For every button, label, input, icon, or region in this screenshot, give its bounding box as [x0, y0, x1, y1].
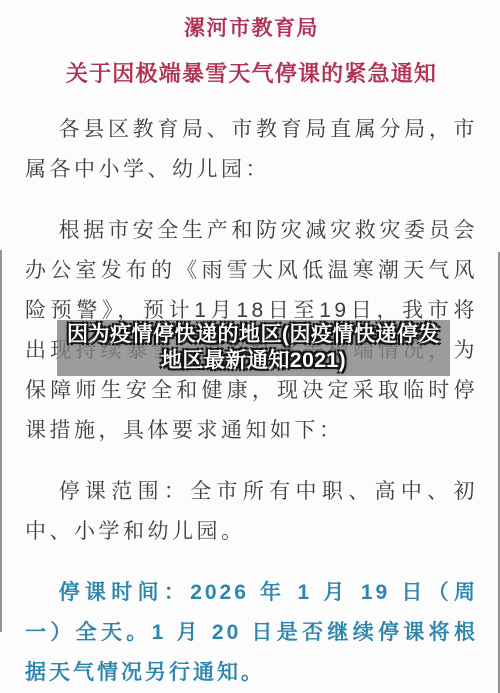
watermark-overlay: 因为疫情停快递的地区(因疫情快递停发地区最新通知2021): [57, 320, 450, 376]
org-title: 漯河市教育局: [25, 14, 478, 44]
doc-title: 关于因极端暴雪天气停课的紧急通知: [25, 58, 478, 89]
watermark-text: 因为疫情停快递的地区(因疫情快递停发地区最新通知2021): [65, 322, 442, 374]
salutation-paragraph: 各县区教育局、市教育局直属分局，市属各中小学、幼儿园：: [25, 110, 478, 190]
time-paragraph: 停课时间：2026 年 1 月 19 日（周一）全天。1 月 20 日是否继续停…: [25, 573, 478, 693]
notice-document: 漯河市教育局 关于因极端暴雪天气停课的紧急通知 各县区教育局、市教育局直属分局，…: [0, 0, 500, 693]
scope-paragraph: 停课范围：全市所有中职、高中、初中、小学和幼儿园。: [25, 472, 478, 552]
left-edge-artifact: [0, 250, 2, 632]
